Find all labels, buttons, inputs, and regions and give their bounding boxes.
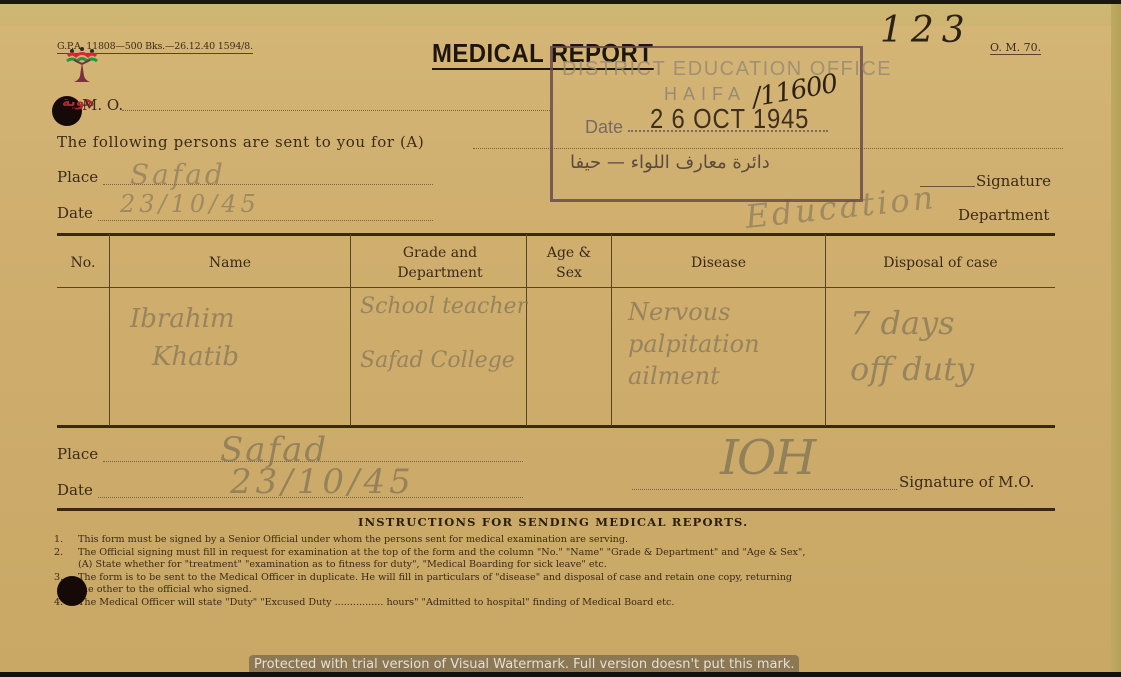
mo-signature-handwritten: IOH bbox=[720, 430, 814, 486]
place-value-handwritten: Safad bbox=[130, 158, 226, 191]
column-header-name: Name bbox=[110, 238, 350, 288]
instructions-list: 1.This form must be signed by a Senior O… bbox=[54, 534, 1064, 610]
place-label: Place bbox=[57, 168, 98, 186]
instruction-item: 1.This form must be signed by a Senior O… bbox=[54, 534, 1064, 547]
column-header-disposal: Disposal of case bbox=[826, 238, 1055, 288]
date-label: Date bbox=[57, 204, 93, 222]
mo-place-label: Place bbox=[57, 445, 98, 463]
instruction-text: The Official signing must fill in reques… bbox=[78, 547, 805, 560]
instructions-rule bbox=[57, 508, 1055, 511]
disease-line: palpitation bbox=[628, 328, 760, 360]
instruction-text: the other to the official who signed. bbox=[78, 584, 252, 597]
instruction-number: 1. bbox=[54, 534, 78, 547]
stamp-office-name: DISTRICT EDUCATION OFFICE bbox=[562, 58, 892, 81]
column-header-grade-department: Grade and Department bbox=[372, 238, 508, 288]
disease-line: Nervous bbox=[628, 296, 760, 328]
instructions-title: INSTRUCTIONS FOR SENDING MEDICAL REPORTS… bbox=[358, 515, 748, 529]
instruction-item: 4.The Medical Officer will state "Duty" … bbox=[54, 597, 1064, 610]
stamp-arabic-text: دائرة معارف اللواء — حيفا bbox=[570, 152, 770, 173]
om-code: O. M. 70. bbox=[990, 41, 1041, 55]
stamp-date-label: Date bbox=[585, 117, 623, 138]
instruction-text: (A) State whether for "treatment" "exami… bbox=[78, 559, 607, 572]
instruction-item: 2.The Official signing must fill in requ… bbox=[54, 547, 1064, 560]
table-top-rule bbox=[57, 233, 1055, 236]
name-line: Ibrahim bbox=[130, 300, 239, 338]
column-header-age-sex: Age & Sex bbox=[538, 238, 600, 288]
mo-date-label: Date bbox=[57, 481, 93, 499]
instruction-item: the other to the official who signed. bbox=[54, 584, 1064, 597]
punch-hole bbox=[57, 576, 87, 606]
disease-cell: Nervous palpitation ailment bbox=[628, 296, 760, 392]
name-line: Khatib bbox=[130, 338, 239, 376]
department-line: Safad College bbox=[360, 346, 527, 376]
disposal-cell: 7 days off duty bbox=[850, 300, 974, 392]
mo-date-value-handwritten: 23/10/45 bbox=[230, 462, 415, 502]
handwritten-number: 123 bbox=[880, 10, 973, 51]
instruction-number bbox=[54, 559, 78, 572]
instruction-item: (A) State whether for "treatment" "exami… bbox=[54, 559, 1064, 572]
grade-department-cell: School teacher Safad College bbox=[360, 292, 527, 376]
tree-people-logo-icon bbox=[64, 46, 100, 86]
instruction-text: This form must be signed by a Senior Off… bbox=[78, 534, 628, 547]
date-value-handwritten: 23/10/45 bbox=[120, 190, 260, 218]
stamp-city: HAIFA bbox=[664, 84, 746, 105]
instruction-text: The form is to be sent to the Medical Of… bbox=[78, 572, 792, 585]
intro-text: The following persons are sent to you fo… bbox=[57, 133, 424, 151]
table-row: Ibrahim Khatib bbox=[130, 300, 239, 376]
instruction-text: The Medical Officer will state "Duty" "E… bbox=[78, 597, 674, 610]
column-header-no: No. bbox=[57, 238, 109, 288]
table-bottom-rule bbox=[57, 425, 1055, 428]
signature-label: Signature bbox=[976, 172, 1051, 190]
date-field-line bbox=[98, 220, 433, 221]
instruction-number: 2. bbox=[54, 547, 78, 560]
column-header-disease: Disease bbox=[612, 238, 825, 288]
bottom-border bbox=[0, 672, 1121, 677]
column-divider bbox=[350, 234, 351, 426]
disposal-line: 7 days bbox=[850, 300, 974, 346]
mo-label: M. O. bbox=[82, 96, 123, 114]
mo-field-line bbox=[122, 110, 552, 111]
disposal-line: off duty bbox=[850, 346, 974, 392]
disease-line: ailment bbox=[628, 360, 760, 392]
mo-signature-field-line bbox=[632, 489, 897, 490]
instruction-item: 3.The form is to be sent to the Medical … bbox=[54, 572, 1064, 585]
department-label: Department bbox=[958, 206, 1049, 224]
grade-line: School teacher bbox=[360, 292, 527, 322]
mo-signature-label: Signature of M.O. bbox=[899, 473, 1034, 491]
